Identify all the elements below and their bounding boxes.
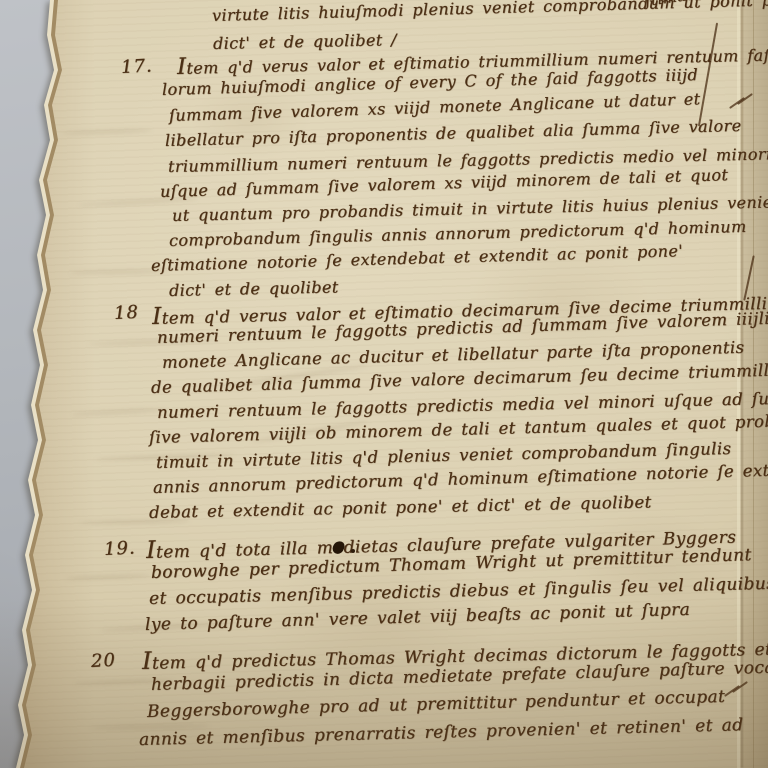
manuscript-line: virtute litis huiuſmodi plenius veniet c… (212, 0, 768, 25)
manuscript-photo: ſtimat' q'virtute litis huiuſmodi pleniu… (0, 0, 768, 768)
margin-number: 20 (90, 650, 116, 672)
handwriting-layer: ſtimat' q'virtute litis huiuſmodi pleniu… (0, 0, 768, 768)
margin-number: 18 (113, 302, 139, 324)
manuscript-line: dict' et de quolibet (169, 277, 339, 300)
margin-number: 17. (120, 55, 153, 78)
margin-number: 19. (103, 537, 136, 560)
manuscript-line: debat et extendit ac ponit pone' et dict… (149, 492, 652, 522)
ink-blot-small (351, 549, 355, 553)
manuscript-line: annis et menſibus prenarratis reſtes pro… (139, 715, 744, 750)
